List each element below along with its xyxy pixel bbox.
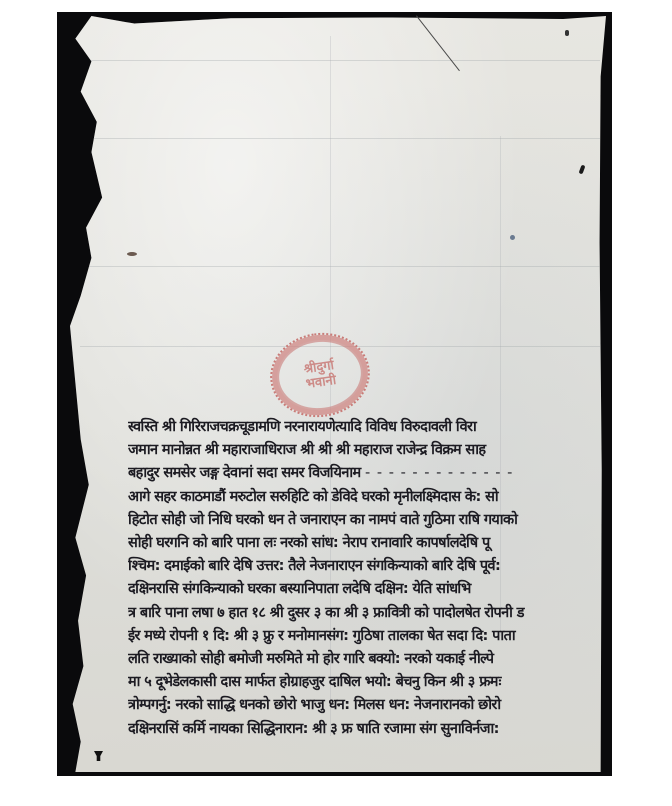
text-line-2: जमान मानोन्नत श्री महाराजाधिराज श्री श्र… [128, 439, 608, 462]
paper-crease [80, 266, 600, 267]
text-line-9: त्र बारि पाना लषा ७ हात १८ श्री दुसर ३ क… [128, 602, 608, 625]
text-line-8: दक्षिनरासि संगकिन्याको घरका बस्यानिपाता … [128, 578, 608, 601]
dashed-line-filler: - - - - - - - - - - - - - [365, 465, 513, 481]
text-line-14: दक्षिनरासिं कर्मि नायका सिद्धिनारान: श्र… [128, 718, 608, 741]
text-line-12: मा ५ दूभेडेलकासी दास मार्फत होग्राहजुर द… [128, 671, 608, 694]
manuscript-text: स्वस्ति श्री गिरिराजचक्रचूडामणि नरनारायण… [128, 416, 608, 741]
seal-text-bottom: भवानी [305, 373, 337, 392]
text-line-3-content: बहादुर समसेर जङ्ग देवानां सदा समर विजयिन… [128, 465, 361, 481]
text-line-13: त्रोम्पगर्नु: नरको साद्धि धनको छोरो भाजु… [128, 694, 608, 717]
text-line-1: स्वस्ति श्री गिरिराजचक्रचूडामणि नरनारायण… [128, 416, 608, 439]
paper-crease [80, 138, 600, 139]
stain-spot [127, 252, 137, 256]
text-line-7: श्चिम: दमाईको बारि देषि उत्तर: तैले नेजन… [128, 555, 608, 578]
text-line-11: लति राख्याको सोही बमोजी मरुमिते मो होर ग… [128, 648, 608, 671]
ink-spot [565, 30, 569, 36]
paper-crease [80, 60, 600, 61]
text-line-3: बहादुर समसेर जङ्ग देवानां सदा समर विजयिन… [128, 462, 608, 485]
text-line-10: ईर मध्ये रोपनी १ दि: श्री ३ फ्रु र मनोमा… [128, 625, 608, 648]
text-line-6: सोही घरगनि को बारि पाना लः नरको सांध: ने… [128, 532, 608, 555]
text-line-4: आगे सहर काठमाडौं मरुटोल सरुहिटि को डेविद… [128, 486, 608, 509]
ink-spot [510, 235, 515, 240]
text-line-5: हिटोत सोही जो निधि घरको धन ते जनाराएन का… [128, 509, 608, 532]
